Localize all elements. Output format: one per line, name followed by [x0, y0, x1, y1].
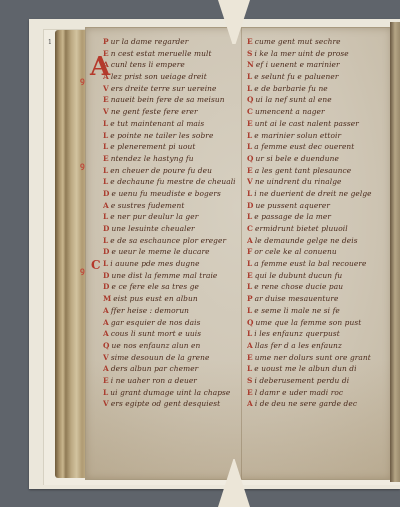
verse-line: Li auune pde mes dugne — [103, 258, 238, 270]
verse-line: Qui la nef sunt al ene — [247, 94, 382, 106]
rubric-initial: D — [247, 201, 254, 210]
verse-text: umencent a nager — [255, 107, 325, 116]
verse-line: Vers egipte od gent desquiest — [103, 398, 238, 410]
verse-line: Ei ne uaher ron a deuer — [103, 375, 238, 387]
verse-line: Dune dist la femme mal traie — [103, 270, 238, 282]
rubric-initial: D — [103, 189, 110, 198]
decorated-initial-c: C — [91, 258, 101, 272]
manuscript-page: A C Pur la dame regarderEn cest estat me… — [85, 27, 392, 480]
verse-line: Agar esquier de nos dais — [103, 317, 238, 329]
verse-line: Equi le dubunt ducun fu — [247, 270, 382, 282]
rubric-initial: P — [247, 294, 253, 303]
verse-text: une lesuinte cheualer — [112, 224, 195, 233]
facing-page-edge — [390, 22, 400, 482]
rubric-initial: Q — [103, 341, 110, 350]
rubric-initial: L — [103, 142, 108, 151]
verse-line: Allas fer d a les enfaunz — [247, 340, 382, 352]
verse-line: Le de barbarie fu ne — [247, 83, 382, 95]
verse-line: La femme eust la bal recouere — [247, 258, 382, 270]
verse-line: Cumencent a nager — [247, 106, 382, 118]
verse-text: i deberusement perdu di — [254, 376, 349, 385]
rubric-initial: A — [247, 236, 253, 245]
rubric-initial: S — [247, 376, 252, 385]
rubric-initial: S — [247, 49, 252, 58]
verse-line: Len cheuer de poure fu deu — [103, 165, 238, 177]
verse-text: e marinier solun ettoir — [254, 131, 341, 140]
verse-text: e rene chose ducie pau — [254, 282, 343, 291]
rubric-initial: E — [103, 154, 109, 163]
verse-line: Le selunt fu e paluener — [247, 71, 382, 83]
rubric-initial: L — [247, 329, 252, 338]
rubric-initial: A — [103, 60, 109, 69]
verse-text: ders albun par chemer — [111, 364, 198, 373]
verse-text: le demaunde gelge ne deis — [255, 236, 358, 245]
verse-line: Affer heise : demorun — [103, 305, 238, 317]
folio-number: 1 — [48, 39, 52, 46]
rubric-initial: L — [103, 131, 108, 140]
verse-line: Si deberusement perdu di — [247, 375, 382, 387]
verse-line: Pur la dame regarder — [103, 36, 238, 48]
verse-line: De uenu fu meudiste e bogers — [103, 188, 238, 200]
rubric-initial: L — [247, 212, 252, 221]
rubric-mark: ꝯ — [80, 160, 85, 171]
verse-text: e ce fere ele sa tres ge — [112, 282, 199, 291]
rubric-initial: L — [103, 388, 108, 397]
rubric-initial: Q — [247, 95, 254, 104]
verse-line: Ea les gent tant plesaunce — [247, 165, 382, 177]
verse-line: Acous li sunt mort e uuis — [103, 328, 238, 340]
verse-text: unt ai le cast nalent passer — [255, 119, 359, 128]
rubric-initial: L — [247, 189, 252, 198]
verse-line: Aders albun par chemer — [103, 363, 238, 375]
rubric-initial: A — [103, 329, 109, 338]
rubric-initial: V — [103, 84, 109, 93]
verse-text: ffer heise : demorun — [111, 306, 189, 315]
rubric-initial: L — [247, 282, 252, 291]
verse-line: Acunl tens li empere — [103, 59, 238, 71]
verse-text: e de sa eschaunce plor ereger — [110, 236, 226, 245]
verse-text: e de barbarie fu ne — [254, 84, 327, 93]
rubric-initial: E — [103, 376, 109, 385]
verse-line: Li les enfaunz querpust — [247, 328, 382, 340]
verse-line: Ae sustres fudement — [103, 200, 238, 212]
verse-text: naueit bein fere de sa meisun — [111, 95, 225, 104]
rubric-initial: E — [247, 37, 253, 46]
verse-text: e sustres fudement — [111, 201, 185, 210]
rubric-initial: Q — [247, 154, 254, 163]
verse-text: ur si bele e duendune — [256, 154, 339, 163]
verse-line: Le uoust me le albun dun di — [247, 363, 382, 375]
verse-text: cunl tens li empere — [111, 60, 185, 69]
rubric-initial: F — [247, 247, 252, 256]
rubric-initial: C — [247, 224, 253, 233]
rubric-initial: E — [247, 119, 253, 128]
rubric-initial: N — [247, 60, 254, 69]
verse-text: en cheuer de poure fu deu — [110, 166, 212, 175]
verse-text: ntendez le hastyng fu — [111, 154, 194, 163]
rubric-initial: E — [247, 271, 253, 280]
rubric-initial: V — [247, 177, 253, 186]
rubric-initial: L — [103, 119, 108, 128]
verse-line: Le seme li male ne si fe — [247, 305, 382, 317]
verse-text: a femme eust la bal recouere — [254, 259, 366, 268]
verse-line: De ce fere ele sa tres ge — [103, 281, 238, 293]
verse-text: ers dreite terre sur uereine — [111, 84, 217, 93]
verse-text: e dechaune fu mestre de cheuali — [110, 177, 235, 186]
verse-text: i auune pde mes dugne — [110, 259, 199, 268]
rubric-initial: C — [247, 107, 253, 116]
rubric-initial: V — [103, 107, 109, 116]
verse-text: gar esquier de nos dais — [111, 318, 201, 327]
verse-line: Le de sa eschaunce plor ereger — [103, 235, 238, 247]
verse-text: e selunt fu e paluener — [254, 72, 338, 81]
rubric-initial: V — [103, 353, 109, 362]
rubric-initial: E — [247, 166, 253, 175]
verse-line: Le plenerement pi uout — [103, 141, 238, 153]
text-column-left: Pur la dame regarderEn cest estat meruel… — [103, 36, 238, 410]
verse-text: i ne duerient de dreit ne gelge — [254, 189, 371, 198]
verse-text: e seme li male ne si fe — [254, 306, 340, 315]
text-column-right: Ecume gent mut sechreSi ke la mer uint d… — [247, 36, 382, 410]
rubric-initial: L — [103, 177, 108, 186]
verse-text: ur la dame regarder — [111, 37, 189, 46]
verse-text: i ne uaher ron a deuer — [111, 376, 197, 385]
verse-text: llas fer d a les enfaunz — [255, 341, 342, 350]
verse-text: qui le dubunt ducun fu — [255, 271, 343, 280]
verse-line: Enaueit bein fere de sa meisun — [103, 94, 238, 106]
rubric-initial: L — [247, 72, 252, 81]
verse-line: Qur si bele e duendune — [247, 153, 382, 165]
verse-line: Par duise mesauenture — [247, 293, 382, 305]
rubric-initial: A — [103, 72, 109, 81]
verse-line: El damr e uder madi roc — [247, 387, 382, 399]
verse-line: Le pointe ne tailer les sobre — [103, 130, 238, 142]
verse-text: ui la nef sunt al ene — [256, 95, 332, 104]
verse-text: eist pus eust en albun — [113, 294, 197, 303]
verse-text: ar duise mesauenture — [255, 294, 339, 303]
verse-text: e ueur le meme le ducare — [112, 247, 210, 256]
verse-line: Dune lesuinte cheualer — [103, 223, 238, 235]
verse-text: e uenu fu meudiste e bogers — [112, 189, 221, 198]
verse-line: For cele ke al conuenu — [247, 246, 382, 258]
verse-line: Due pussent aquerer — [247, 200, 382, 212]
rubric-initial: L — [247, 306, 252, 315]
verse-line: Cermidrunt bietet pluuoil — [247, 223, 382, 235]
verse-text: ne gent feste fere erer — [111, 107, 198, 116]
verse-line: Ai de deu ne sere garde dec — [247, 398, 382, 410]
verse-text: e plenerement pi uout — [110, 142, 195, 151]
rubric-initial: V — [103, 399, 109, 408]
rubric-initial: L — [247, 364, 252, 373]
verse-line: Le ner pur deulur la ger — [103, 211, 238, 223]
rubric-initial: A — [247, 399, 253, 408]
verse-text: i de deu ne sere garde dec — [255, 399, 357, 408]
verse-text: e uoust me le albun dun di — [254, 364, 356, 373]
verse-text: ume ner dolurs sunt ore grant — [255, 353, 371, 362]
rubric-initial: L — [103, 259, 108, 268]
rubric-initial: E — [103, 95, 109, 104]
verse-text: cous li sunt mort e uuis — [111, 329, 201, 338]
rubric-initial: A — [103, 306, 109, 315]
rubric-initial: D — [103, 224, 110, 233]
verse-text: ue pussent aquerer — [256, 201, 331, 210]
rubric-initial: D — [103, 247, 110, 256]
verse-text: i les enfaunz querpust — [254, 329, 339, 338]
verse-line: Eume ner dolurs sunt ore grant — [247, 352, 382, 364]
verse-text: a femme eust dec ouerent — [254, 142, 354, 151]
rubric-initial: A — [247, 341, 253, 350]
rubric-mark: ꝯ — [80, 75, 85, 86]
rubric-initial: A — [103, 201, 109, 210]
verse-line: Ecume gent mut sechre — [247, 36, 382, 48]
verse-text: i ke la mer uint de prose — [254, 49, 348, 58]
rubric-initial: L — [247, 84, 252, 93]
verse-text: cume gent mut sechre — [255, 37, 341, 46]
rubric-initial: E — [103, 49, 109, 58]
verse-text: lez prist son ueiage dreit — [111, 72, 207, 81]
verse-text: e tut maintenant al mais — [110, 119, 204, 128]
verse-line: Que nos enfaunz alun en — [103, 340, 238, 352]
rubric-initial: A — [103, 318, 109, 327]
verse-line: Qume que la femme son pust — [247, 317, 382, 329]
rubric-initial: L — [247, 142, 252, 151]
rubric-initial: P — [103, 37, 109, 46]
verse-text: une dist la femme mal traie — [112, 271, 218, 280]
verse-text: n cest estat meruelle mult — [111, 49, 212, 58]
verse-text: sime desouun de la grene — [111, 353, 210, 362]
verse-text: ue nos enfaunz alun en — [112, 341, 201, 350]
rubric-mark: ꝯ — [80, 265, 85, 276]
verse-line: La femme eust dec ouerent — [247, 141, 382, 153]
rubric-initial: L — [103, 236, 108, 245]
verse-line: Le tut maintenant al mais — [103, 118, 238, 130]
verse-line: Si ke la mer uint de prose — [247, 48, 382, 60]
verse-text: e passage de la mer — [254, 212, 331, 221]
verse-line: De ueur le meme le ducare — [103, 246, 238, 258]
verse-text: a les gent tant plesaunce — [255, 166, 351, 175]
verse-line: Vsime desouun de la grene — [103, 352, 238, 364]
verse-text: l damr e uder madi roc — [255, 388, 343, 397]
verse-line: Ale demaunde gelge ne deis — [247, 235, 382, 247]
verse-text: ers egipte od gent desquiest — [111, 399, 220, 408]
verse-line: Meist pus eust en albun — [103, 293, 238, 305]
verse-text: ume que la femme son pust — [256, 318, 362, 327]
verse-text: ui grant dumage uint la chapse — [110, 388, 230, 397]
verse-text: e pointe ne tailer les sobre — [110, 131, 213, 140]
rubric-initial: D — [103, 271, 110, 280]
verse-line: Le passage de la mer — [247, 211, 382, 223]
rubric-initial: M — [103, 294, 111, 303]
verse-line: Le marinier solun ettoir — [247, 130, 382, 142]
rubric-initial: D — [103, 282, 110, 291]
verse-text: or cele ke al conuenu — [254, 247, 336, 256]
rubric-initial: L — [103, 166, 108, 175]
rubric-initial: Q — [247, 318, 254, 327]
rubric-initial: E — [247, 353, 253, 362]
verse-line: Vne uindrent du rinalge — [247, 176, 382, 188]
verse-line: Lui grant dumage uint la chapse — [103, 387, 238, 399]
verse-text: ermidrunt bietet pluuoil — [255, 224, 348, 233]
rubric-initial: A — [103, 364, 109, 373]
verse-line: Alez prist son ueiage dreit — [103, 71, 238, 83]
verse-line: Li ne duerient de dreit ne gelge — [247, 188, 382, 200]
rubric-initial: E — [247, 388, 253, 397]
verse-line: Vne gent feste fere erer — [103, 106, 238, 118]
verse-line: En cest estat meruelle mult — [103, 48, 238, 60]
rubric-initial: L — [103, 212, 108, 221]
verse-line: Nef i uenent e marinier — [247, 59, 382, 71]
verse-text: ne uindrent du rinalge — [255, 177, 342, 186]
rubric-initial: L — [247, 259, 252, 268]
column-divider — [241, 28, 242, 479]
verse-text: ef i uenent e marinier — [256, 60, 340, 69]
verse-line: Vers dreite terre sur uereine — [103, 83, 238, 95]
verse-line: Le rene chose ducie pau — [247, 281, 382, 293]
rubric-initial: L — [247, 131, 252, 140]
verse-line: Entendez le hastyng fu — [103, 153, 238, 165]
verse-line: Le dechaune fu mestre de cheuali — [103, 176, 238, 188]
verse-line: Eunt ai le cast nalent passer — [247, 118, 382, 130]
verse-text: e ner pur deulur la ger — [110, 212, 198, 221]
